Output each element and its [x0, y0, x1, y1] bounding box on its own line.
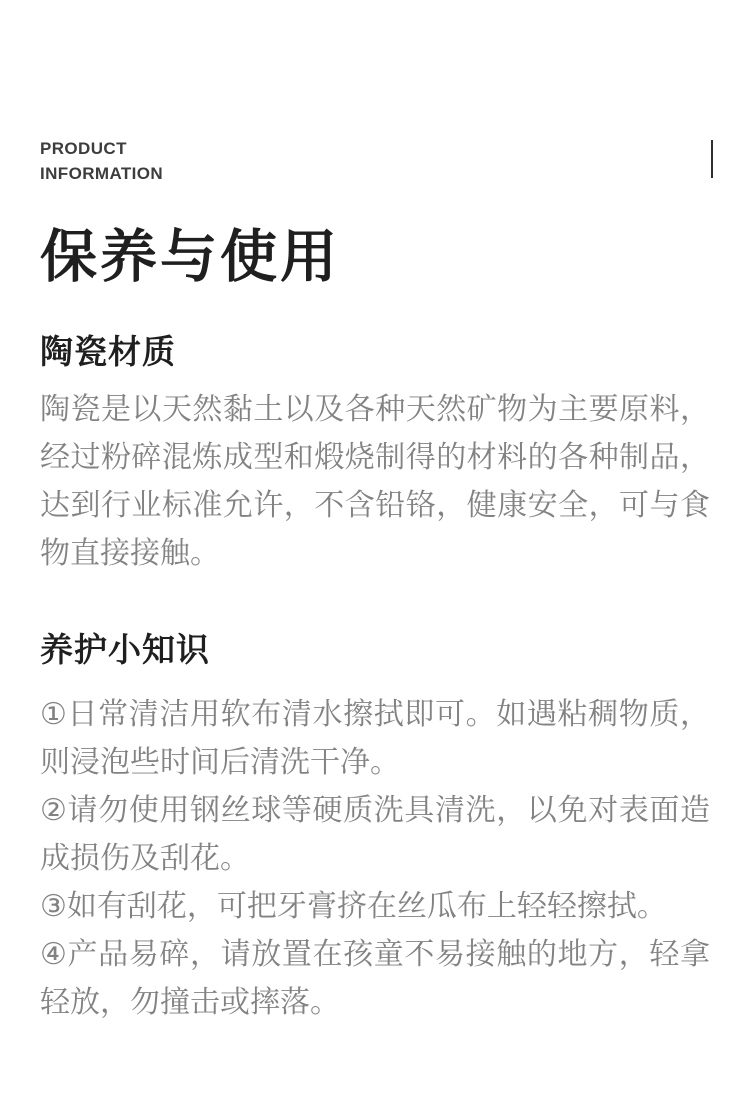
- page-title: 保养与使用: [40, 224, 710, 290]
- care-tip-item: ④产品易碎，请放置在孩童不易接触的地方，轻拿轻放，勿撞击或摔落。: [40, 931, 710, 1027]
- care-tip-item: ③如有刮花，可把牙膏挤在丝瓜布上轻轻擦拭。: [40, 883, 710, 931]
- vertical-rule: [711, 140, 713, 178]
- care-tip-item: ②请勿使用钢丝球等硬质洗具清洗，以免对表面造成损伤及刮花。: [40, 787, 710, 883]
- care-tip-item: ①日常清洁用软布清水擦拭即可。如遇粘稠物质，则浸泡些时间后清洗干净。: [40, 691, 710, 787]
- eyebrow-line-1: PRODUCT: [40, 136, 710, 161]
- product-information-panel: PRODUCT INFORMATION 保养与使用 陶瓷材质 陶瓷是以天然黏土以…: [0, 0, 750, 1112]
- section-body-material: 陶瓷是以天然黏土以及各种天然矿物为主要原料，经过粉碎混炼成型和煅烧制得的材料的各…: [40, 386, 710, 578]
- eyebrow-line-2: INFORMATION: [40, 161, 710, 186]
- care-tips-list: ①日常清洁用软布清水擦拭即可。如遇粘稠物质，则浸泡些时间后清洗干净。 ②请勿使用…: [40, 691, 710, 1027]
- eyebrow: PRODUCT INFORMATION: [40, 136, 710, 186]
- section-heading-material: 陶瓷材质: [40, 331, 710, 372]
- section-heading-care: 养护小知识: [40, 629, 710, 670]
